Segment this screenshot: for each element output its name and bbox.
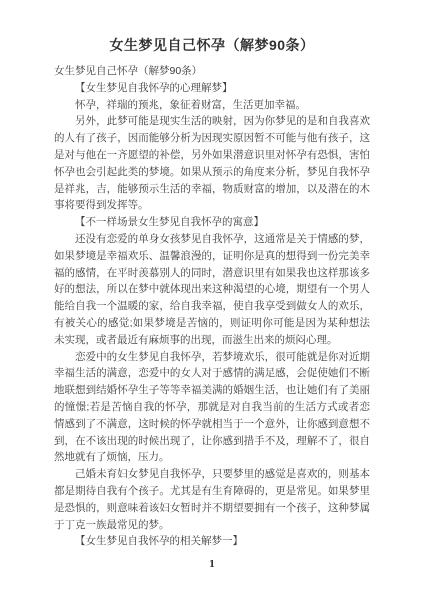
- section-heading-related: 【女生梦见自我怀孕的相关解梦一】: [54, 533, 370, 550]
- paragraph: 另外，此梦可能是现实生活的映射，因为你梦见的是和自我喜欢的人有了孩子，因而能够分…: [54, 113, 370, 214]
- section-heading-psychology: 【女生梦见自我怀孕的心理解梦】: [54, 80, 370, 97]
- paragraph: 怀孕，祥瑞的预兆，象征着财富，生活更加幸福。: [54, 97, 370, 114]
- document-page: 女生梦见自己怀孕（解梦90条） 女生梦见自己怀孕（解梦90条） 【女生梦见自我怀…: [0, 0, 424, 600]
- paragraph: 恋爱中的女生梦见自我怀孕，若梦境欢乐，很可能就是你对近期幸福生活的满意，恋爱中的…: [54, 349, 370, 467]
- document-title: 女生梦见自己怀孕（解梦90条）: [0, 0, 424, 54]
- page-number: 1: [0, 560, 424, 570]
- paragraph: 己婚未育妇女梦见自我怀孕，只要梦里的感觉是喜欢的，则基本都是期待自我有个孩子。尤…: [54, 466, 370, 533]
- document-body: 女生梦见自己怀孕（解梦90条） 【女生梦见自我怀孕的心理解梦】 怀孕，祥瑞的预兆…: [54, 63, 370, 550]
- section-heading-scenarios: 【不一样场景女生梦见自我怀孕的寓意】: [54, 214, 370, 231]
- paragraph: 还没有恋爱的单身女孩梦见自我怀孕，这通常是关于情感的梦，如果梦境是幸福欢乐、温馨…: [54, 231, 370, 349]
- paragraph-intro-line: 女生梦见自己怀孕（解梦90条）: [54, 63, 370, 80]
